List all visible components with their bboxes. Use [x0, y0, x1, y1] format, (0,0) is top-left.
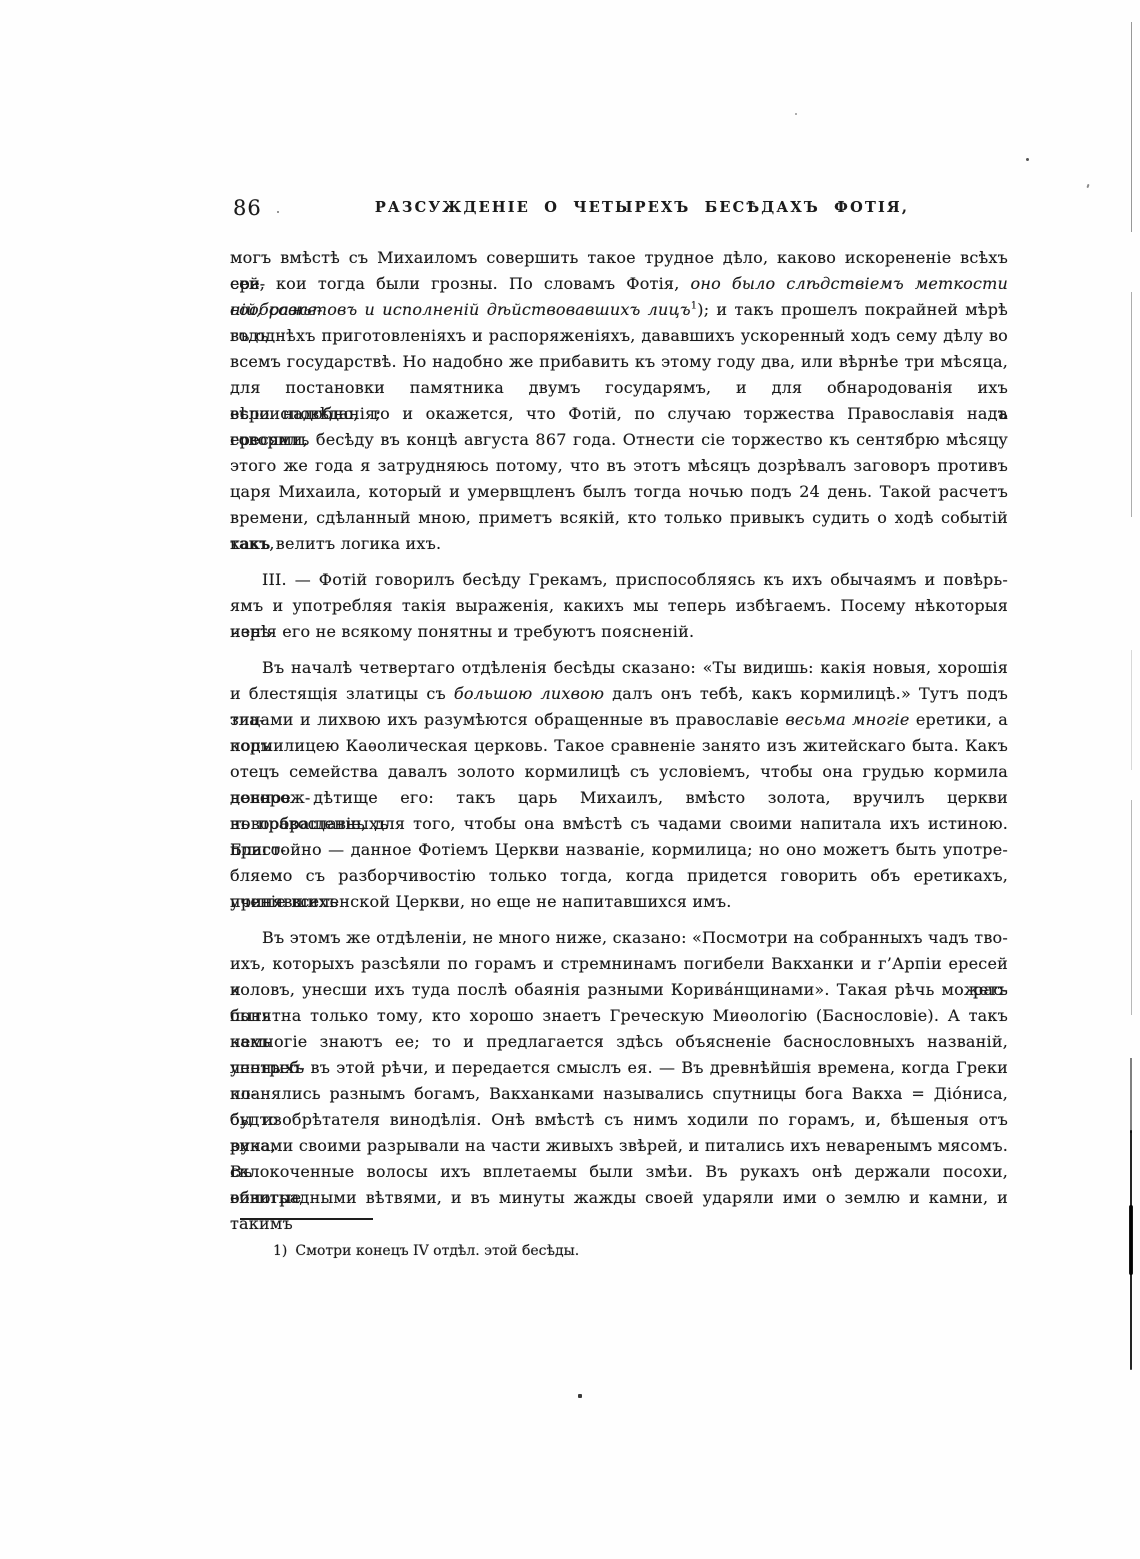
body-line: ямъ и употребляя такія выраженія, какихъ…: [230, 593, 1008, 619]
italic-text: ній, совѣтовъ и исполненій дѣйствовавших…: [230, 300, 691, 319]
page-edge-line: [1131, 650, 1132, 770]
body-line: ученіе вселенской Церкви, но еще не напи…: [230, 889, 1008, 915]
footnote-text: Смотри конецъ IV отдѣл. этой бесѣды.: [295, 1243, 579, 1259]
body-line: могъ вмѣстѣ съ Михаиломъ совершить такое…: [230, 245, 1008, 271]
body-line: ченія его не всякому понятны и требуютъ …: [230, 619, 1008, 645]
body-line: денное дѣтище его: такъ царь Михаилъ, вм…: [230, 785, 1008, 811]
page-edge-line: [1131, 800, 1132, 1015]
body-line: въ однѣхъ приготовленіяхъ и распоряженія…: [230, 323, 1008, 349]
scan-speck: [1086, 184, 1089, 188]
paragraph: III. — Фотій говорилъ бесѣду Грекамъ, пр…: [230, 567, 1008, 645]
text-segment: и блестящія златицы съ: [230, 684, 454, 703]
scan-speck: [795, 113, 797, 115]
body-line: кормилицею Каѳолическая церковь. Такое с…: [230, 733, 1008, 759]
body-line: Въ этомъ же отдѣленіи, не много ниже, ск…: [230, 925, 1008, 951]
body-line: отецъ семейства давалъ золото кормилицѣ …: [230, 759, 1008, 785]
body-line: коловъ, унесши ихъ туда послѣ обаянія ра…: [230, 977, 1008, 1003]
paragraph: могъ вмѣстѣ съ Михаиломъ совершить такое…: [230, 245, 1008, 557]
footnote: 1)Смотри конецъ IV отдѣл. этой бесѣды.: [230, 1240, 1008, 1262]
text-segment: тицами и лихвою ихъ разумѣются обращенны…: [230, 710, 785, 729]
body-line: какъ велитъ логика ихъ.: [230, 531, 1008, 557]
page-edge-line: [1131, 292, 1132, 517]
body-line: немногіе знаютъ ее; то и предлагается зд…: [230, 1029, 1008, 1055]
footnote-rule: [240, 1218, 373, 1220]
running-header-title: РАЗСУЖДЕНІЕ О ЧЕТЫРЕХЪ БЕСѢДАХЪ ФОТІЯ,: [230, 199, 1008, 216]
body-line: для постановки памятника двумъ государям…: [230, 375, 1008, 401]
body-line: III. — Фотій говорилъ бесѣду Грекамъ, пр…: [230, 567, 1008, 593]
body-line: говорилъ бесѣду въ концѣ августа 867 год…: [230, 427, 1008, 453]
italic-text: большою лихвою: [454, 684, 604, 703]
text-segment: виноградными вѣтвями, и въ минуты жажды …: [230, 1188, 1008, 1233]
page-edge-line: [1129, 1205, 1133, 1275]
body-line: тицами и лихвою ихъ разумѣются обращенны…: [230, 707, 1008, 733]
text-segment: Въ началѣ четвертаго отдѣленія бесѣды ск…: [262, 658, 1008, 677]
text-segment: въ однѣхъ приготовленіяхъ и распоряженія…: [230, 326, 1008, 345]
body-line: виноградными вѣтвями, и въ минуты жажды …: [230, 1185, 1008, 1211]
paragraph: Въ этомъ же отдѣленіи, не много ниже, ск…: [230, 925, 1008, 1211]
body-line: всемъ государствѣ. Но надобно же прибави…: [230, 349, 1008, 375]
book-page: 86 РАЗСУЖДЕНІЕ О ЧЕТЫРЕХЪ БЕСѢДАХЪ ФОТІЯ…: [0, 0, 1140, 1559]
text-segment: кормилицею Каѳолическая церковь. Такое с…: [230, 736, 1008, 755]
page-edge-line: [1131, 22, 1132, 232]
body-line: склокоченные волосы ихъ вплетаемы были з…: [230, 1159, 1008, 1185]
body-line: времени, сдѣланный мною, приметъ всякій,…: [230, 505, 1008, 531]
body-line: сей, кои тогда были грозны. По словамъ Ф…: [230, 271, 1008, 297]
body-line: и блестящія златицы съ большою лихвою да…: [230, 681, 1008, 707]
body-text: могъ вмѣстѣ съ Михаиломъ совершить такое…: [230, 245, 1008, 1211]
text-segment: пристойно — данное Фотіемъ Церкви назван…: [230, 840, 1008, 859]
body-line: бляемо съ разборчивостію только тогда, к…: [230, 863, 1008, 889]
scan-speck: [277, 211, 279, 213]
body-line: Въ началѣ четвертаго отдѣленія бесѣды ск…: [230, 655, 1008, 681]
text-segment: говорилъ бесѣду въ концѣ августа 867 год…: [230, 430, 1008, 449]
body-line: въ православіе, для того, чтобы она вмѣс…: [230, 811, 1008, 837]
body-line: ленныхъ въ этой рѣчи, и передается смысл…: [230, 1055, 1008, 1081]
text-segment: какъ велитъ логика ихъ.: [230, 534, 441, 553]
body-line: кланялись разнымъ богамъ, Вакханками наз…: [230, 1081, 1008, 1107]
page-edge-line: [1130, 1058, 1132, 1133]
body-line: ній, совѣтовъ и исполненій дѣйствовавших…: [230, 297, 1008, 323]
scan-speck: [578, 1394, 582, 1398]
footnote-label: 1): [273, 1243, 287, 1259]
text-segment: III. — Фотій говорилъ бесѣду Грекамъ, пр…: [262, 570, 1008, 589]
text-segment: сей, кои тогда были грозны. По словамъ Ф…: [230, 274, 691, 293]
body-line: если надобно, то и окажется, что Фотій, …: [230, 401, 1008, 427]
italic-text: весьма многіе: [785, 710, 909, 729]
paragraph: Въ началѣ четвертаго отдѣленія бесѣды ск…: [230, 655, 1008, 915]
body-line: понятна только тому, кто хорошо знаетъ Г…: [230, 1003, 1008, 1029]
text-segment: царя Михаила, который и умервщленъ былъ …: [230, 482, 1008, 501]
body-line: бы изобрѣтателя винодѣлія. Онѣ вмѣстѣ съ…: [230, 1107, 1008, 1133]
running-head: 86 РАЗСУЖДЕНІЕ О ЧЕТЫРЕХЪ БЕСѢДАХЪ ФОТІЯ…: [230, 196, 1008, 220]
text-segment: Въ этомъ же отдѣленіи, не много ниже, ск…: [262, 928, 1008, 947]
body-line: пристойно — данное Фотіемъ Церкви назван…: [230, 837, 1008, 863]
text-segment: ченія его не всякому понятны и требуютъ …: [230, 622, 694, 641]
scan-speck: [1026, 158, 1029, 161]
body-line: царя Михаила, который и умервщленъ былъ …: [230, 479, 1008, 505]
body-line: этого же года я затрудняюсь потому, что …: [230, 453, 1008, 479]
text-segment: всемъ государствѣ. Но надобно же прибави…: [230, 352, 1008, 371]
text-segment: ученіе вселенской Церкви, но еще не напи…: [230, 892, 732, 911]
text-segment: этого же года я затрудняюсь потому, что …: [230, 456, 1008, 475]
body-line: руками своими разрывали на части живыхъ …: [230, 1133, 1008, 1159]
body-line: ихъ, которыхъ разсѣяли по горамъ и стрем…: [230, 951, 1008, 977]
